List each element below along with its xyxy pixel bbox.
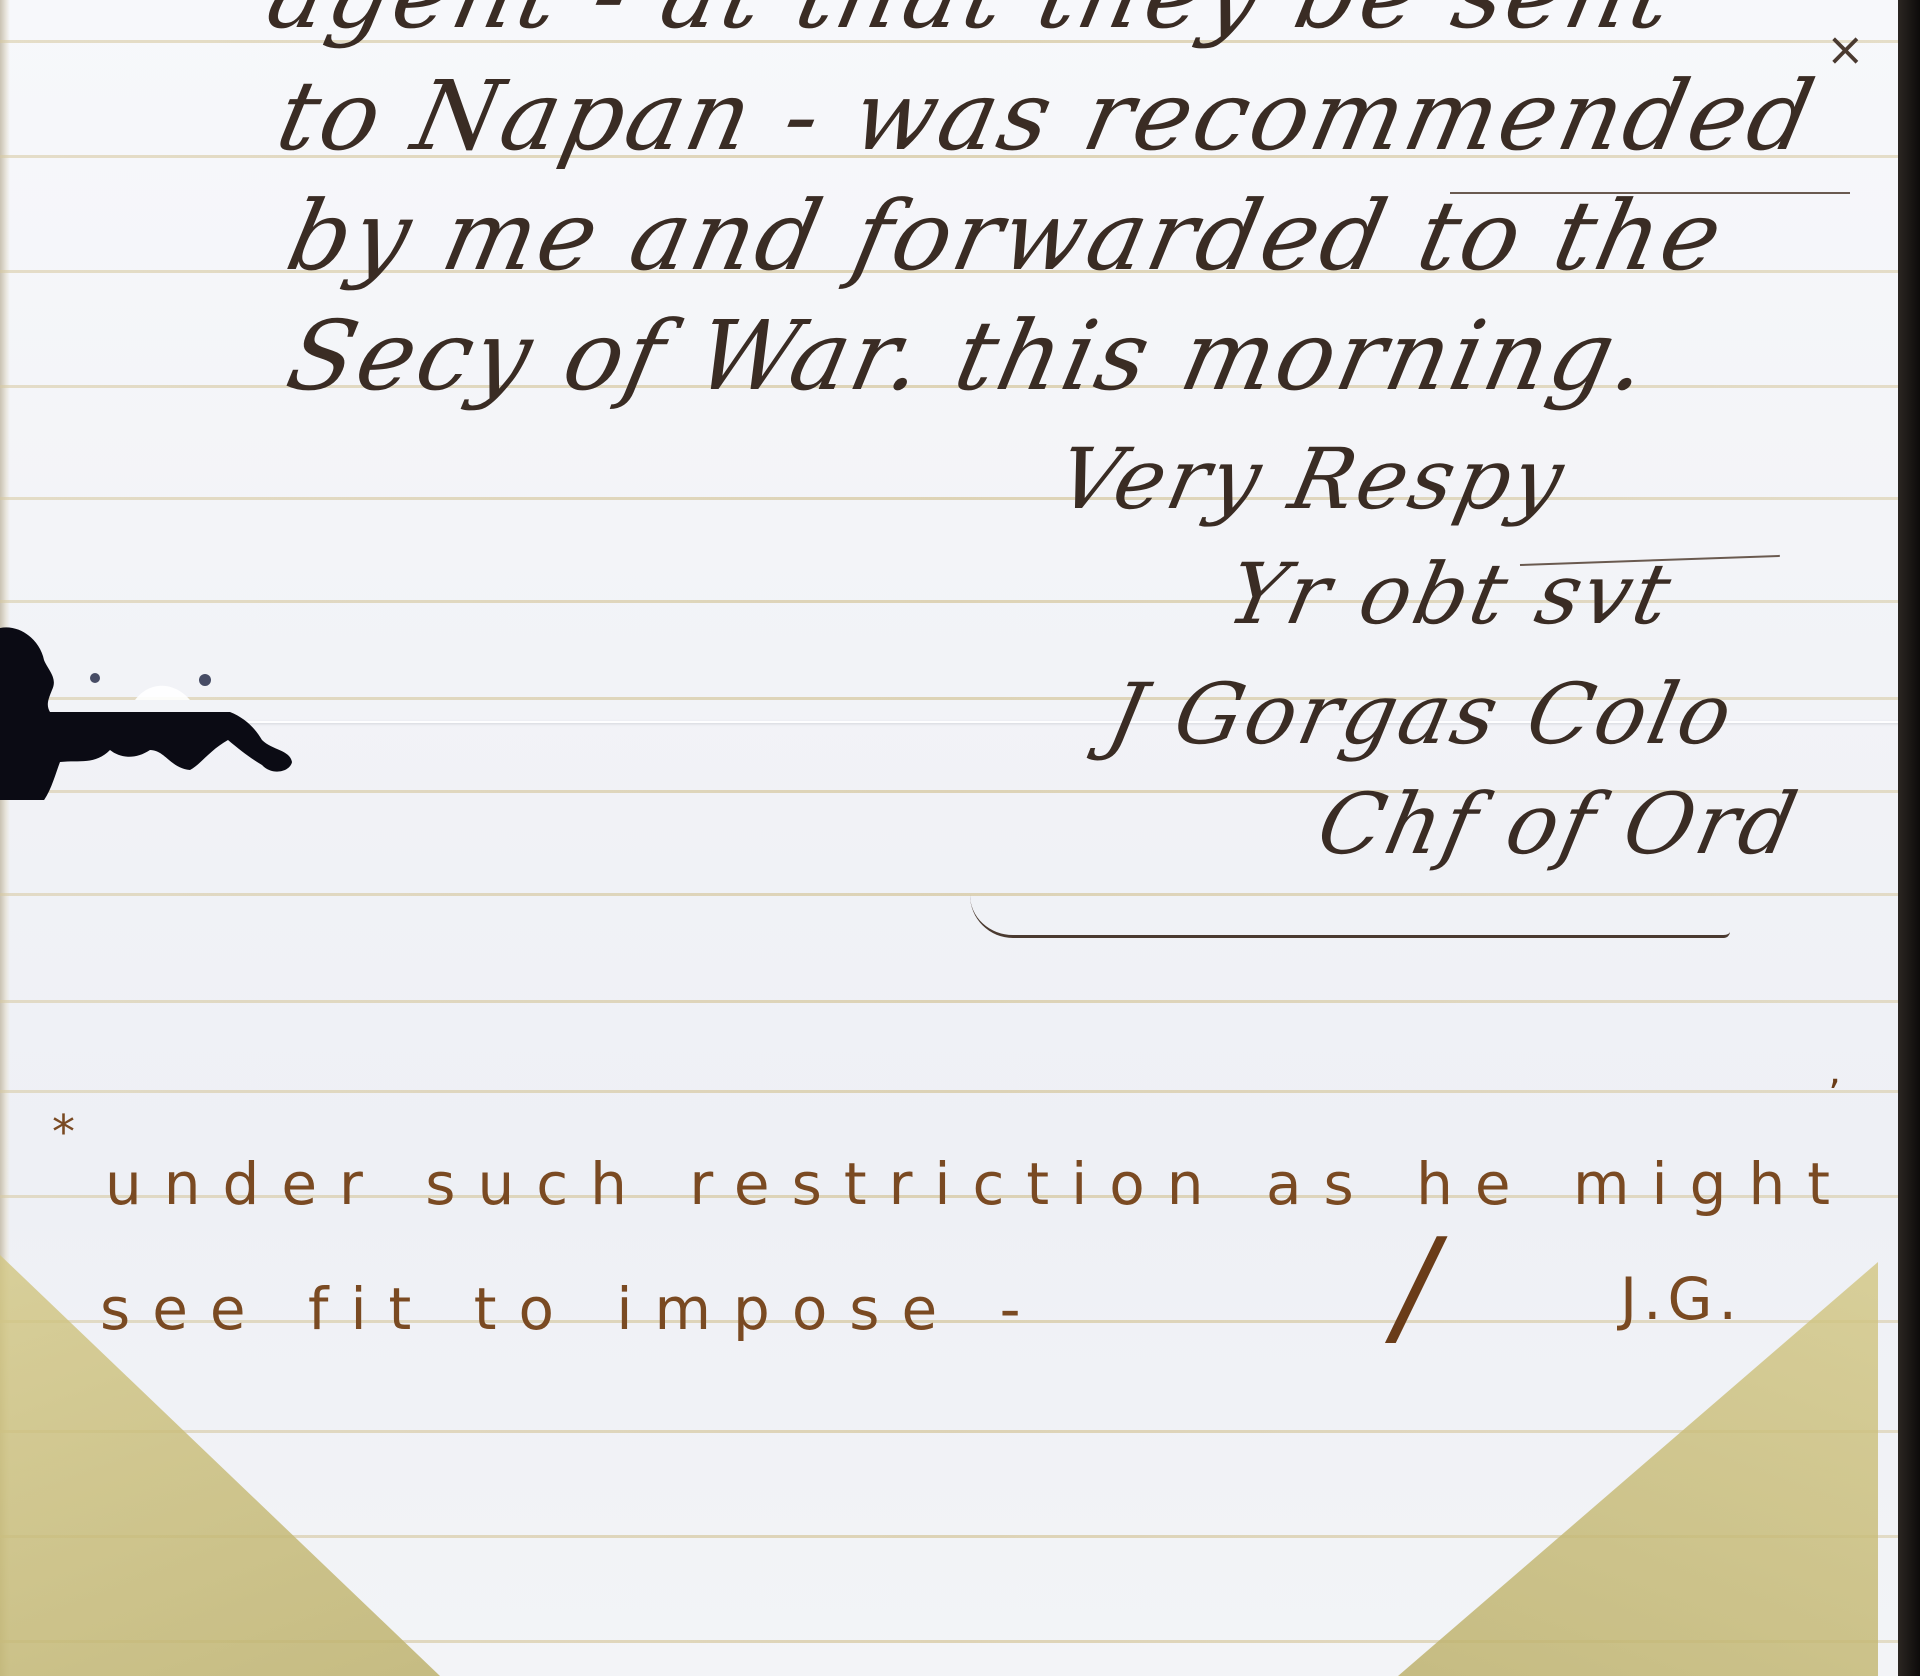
closing-line: Very Respy [1050, 430, 1575, 528]
torn-paper-edge [0, 0, 10, 1676]
ruled-line [0, 1430, 1900, 1433]
signature: J Gorgas Colo [1100, 665, 1744, 763]
ink-blot [0, 600, 300, 800]
footnote-line: under such restriction as he might [105, 1150, 1852, 1218]
body-line: agent - at that they be sent [258, 0, 1685, 50]
closing-quote-mark: ’ [1828, 1072, 1841, 1118]
body-line: Secy of War. this morning. [278, 300, 1661, 412]
ruled-line [0, 1090, 1900, 1093]
signature-underline-flourish [970, 895, 1730, 938]
footnote-asterisk: * [52, 1105, 75, 1159]
footnote-initials: J.G. [1620, 1265, 1743, 1333]
footnote-line: see fit to impose - [100, 1275, 1043, 1343]
letter-page: agent - at that they be sent to Napan - … [0, 0, 1900, 1676]
frame-border [1898, 0, 1920, 1676]
body-line: by me and forwarded to the [278, 180, 1734, 292]
ruled-line [0, 1000, 1900, 1003]
body-line: to Napan - was recommended [268, 60, 1826, 172]
insertion-mark: × [1826, 22, 1865, 76]
ruled-line [0, 497, 1900, 500]
footnote-bracket: / [1382, 1210, 1453, 1362]
signature-title: Chf of Ord [1310, 775, 1808, 873]
pen-flourish [1450, 192, 1850, 194]
ruled-line [0, 1535, 1900, 1538]
ruled-line [0, 1640, 1900, 1643]
closing-line: Yr obt svt [1220, 545, 1682, 643]
